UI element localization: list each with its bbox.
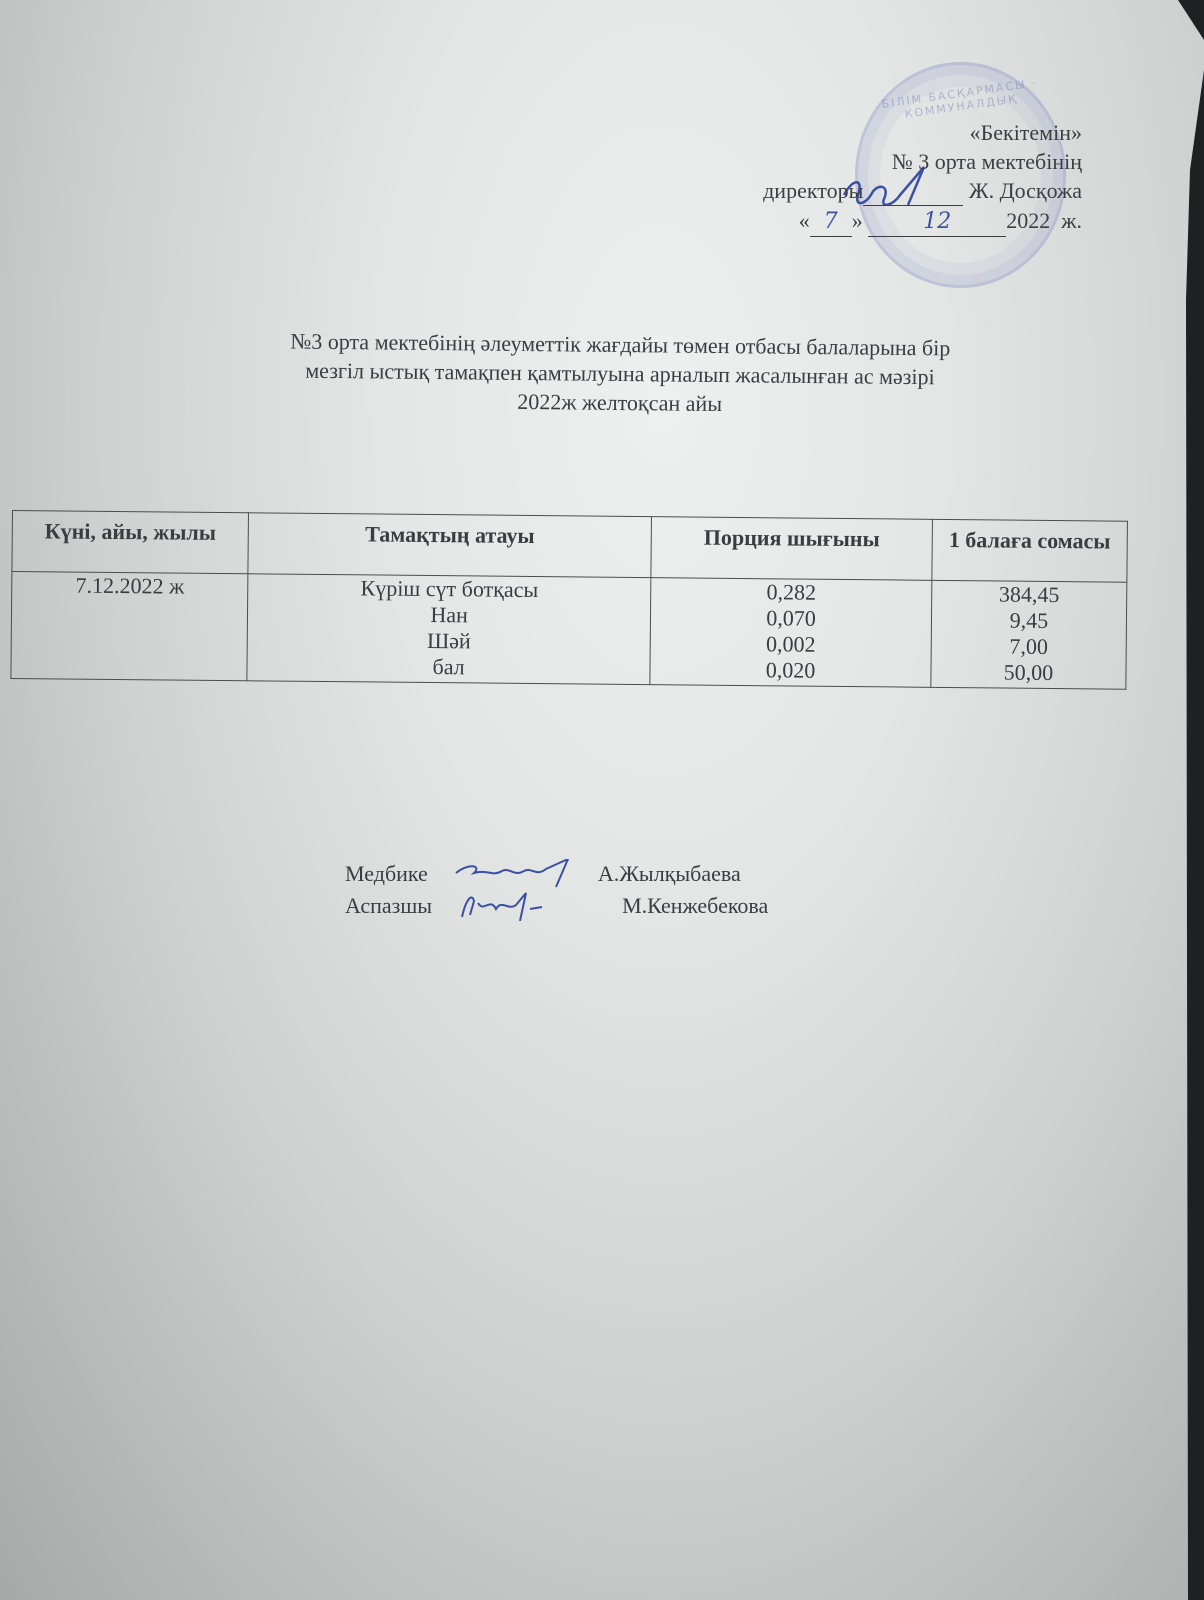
director-name: Ж. Досқожа xyxy=(969,178,1082,203)
document-title: №3 орта мектебінің әлеуметтік жағдайы тө… xyxy=(120,325,1121,422)
approval-director: директоры Ж. Досқожа xyxy=(763,176,1082,206)
signature-role: Аспазшы xyxy=(345,890,432,922)
header-portion: Порция шығыны xyxy=(651,517,932,581)
signature-name: А.Жылқыбаева xyxy=(598,858,741,890)
cell-portion: 0,2820,0700,0020,020 xyxy=(650,578,932,688)
table-row: 7.12.2022 жКүріш сүт ботқасыНанШәйбал0,2… xyxy=(11,572,1127,690)
approval-heading: «Бекітемін» xyxy=(763,118,1082,147)
cell-dish-value: Күріш сүт ботқасы xyxy=(252,574,646,604)
approval-school: № 3 орта мектебінің xyxy=(763,147,1082,176)
menu-table: Күні, айы, жылы Тамақтың атауы Порция шы… xyxy=(10,510,1128,690)
director-label: директоры xyxy=(763,178,863,203)
approval-block: «Бекітемін» № 3 орта мектебінің директор… xyxy=(763,118,1082,237)
cook-signature-icon xyxy=(442,891,592,921)
cell-dish-value: Шәй xyxy=(252,626,646,656)
date-year: 2022 ж. xyxy=(1006,208,1082,233)
cell-sum-value: 50,00 xyxy=(935,659,1121,687)
signature-row-nurse: Медбике А.Жылқыбаева xyxy=(345,858,768,890)
date-day: 7 xyxy=(810,207,852,237)
table-header-row: Күні, айы, жылы Тамақтың атауы Порция шы… xyxy=(12,511,1128,583)
cell-sum-value: 384,45 xyxy=(936,581,1122,609)
header-sum: 1 балаға сомасы xyxy=(932,519,1128,582)
cell-portion-value: 0,002 xyxy=(655,630,927,659)
quote-close: » xyxy=(852,208,863,233)
date-month: 12 xyxy=(868,207,1006,237)
cell-portion-value: 0,282 xyxy=(655,578,927,607)
cell-date: 7.12.2022 ж xyxy=(11,572,248,681)
cell-sum-value: 7,00 xyxy=(936,633,1122,661)
signature-name: М.Кенжебекова xyxy=(602,890,768,922)
header-date: Күні, айы, жылы xyxy=(12,511,249,574)
nurse-signature-icon xyxy=(438,859,588,889)
quote-open: « xyxy=(799,208,810,233)
cell-dish: Күріш сүт ботқасыНанШәйбал xyxy=(247,574,651,685)
signature-line xyxy=(863,176,963,206)
signature-row-cook: Аспазшы М.Кенжебекова xyxy=(345,890,768,922)
signature-role: Медбике xyxy=(345,858,428,890)
approval-date: «7» 122022 ж. xyxy=(763,206,1082,237)
cell-portion-value: 0,020 xyxy=(655,656,927,685)
cell-dish-value: Нан xyxy=(252,600,646,630)
cell-portion-value: 0,070 xyxy=(655,604,927,633)
header-dish: Тамақтың атауы xyxy=(248,513,652,578)
cell-sum-value: 9,45 xyxy=(936,607,1122,635)
signatures-block: Медбике А.Жылқыбаева Аспазшы М.Кенжебеко… xyxy=(345,858,768,922)
cell-dish-value: бал xyxy=(252,652,646,682)
cell-sum: 384,459,457,0050,00 xyxy=(931,580,1127,689)
